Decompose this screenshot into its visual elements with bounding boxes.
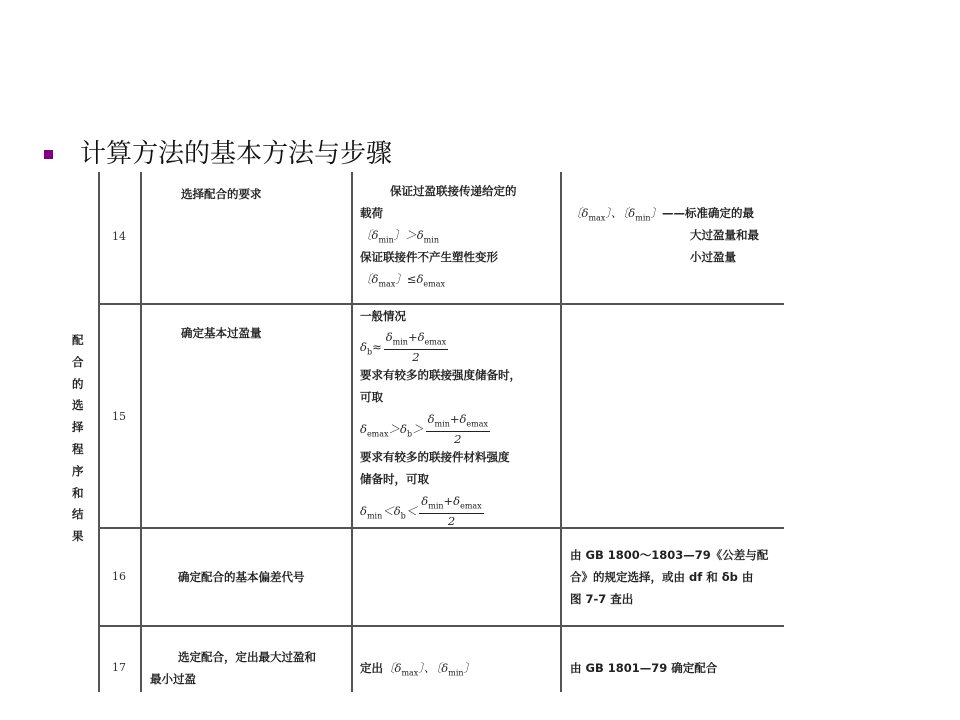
table-divider-no [140,172,142,692]
row-content-formula: δb≈δmin+δemax2 [360,330,448,364]
row-content-formula: 定出〔δmax〕、〔δmin〕 [360,657,475,684]
table-border-left [98,172,100,692]
row-remark-line: 小过盈量 [690,246,736,268]
table-divider-content [560,172,562,692]
row-remark-line: 由 GB 1801—79 确定配合 [570,657,717,679]
row-content-line: 保证联接件不产生塑性变形 [360,246,498,268]
row-content-formula: 〔δmax〕≤δemax [360,268,445,295]
row-divider-16-17 [98,625,784,627]
row-content-line: 一般情况 [360,305,406,327]
row-content-line: 可取 [360,386,383,408]
row-step: 选择配合的要求 [181,183,262,205]
row-remark-line: 大过盈量和最 [690,224,759,246]
row-step: 确定基本过盈量 [181,322,262,344]
row-content-line: 保证过盈联接传递给定的 [390,180,517,202]
row-number: 14 [112,230,126,243]
row-step-line2: 最小过盈 [150,668,196,690]
bullet-marker [44,150,53,159]
row-content-formula: δmin＜δb＜δmin+δemax2 [360,494,484,528]
row-number: 15 [112,410,126,423]
row-remark-line: 合》的规定选择，或由 df 和 δb 由 [570,566,753,588]
slide-title: 计算方法的基本方法与步骤 [80,136,392,172]
table-divider-step [351,172,353,692]
row-number: 17 [112,661,126,674]
row-remark-line: 图 7-7 査出 [570,588,633,610]
row-content-line: 储备时，可取 [360,468,429,490]
row-number: 16 [112,570,126,583]
row-content-line: 要求有较多的联接强度储备时， [360,364,521,386]
row-divider-14-15 [98,303,784,305]
side-label: 配合的选择程序和结果 [72,330,86,548]
row-content-line: 载荷 [360,202,383,224]
row-step: 确定配合的基本偏差代号 [178,566,305,588]
row-remark-line: 由 GB 1800～1803—79《公差与配 [570,544,768,566]
row-content-line: 要求有较多的联接件材料强度 [360,446,510,468]
row-content-formula: δemax＞δb＞δmin+δemax2 [360,412,490,446]
row-step: 选定配合，定出最大过盈和 [178,646,316,668]
